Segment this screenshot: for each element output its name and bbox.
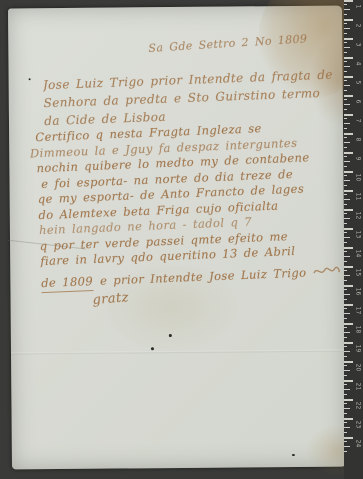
ruler-number: 2 <box>355 21 362 31</box>
ruler-tick-major <box>344 152 353 154</box>
archival-scan: 123456789101112131415161718192021222324 … <box>0 0 363 479</box>
ruler-tick-minor <box>344 384 347 385</box>
ruler-cm-segment: 5 <box>344 76 363 95</box>
ruler-tick-half <box>344 218 350 219</box>
ruler-number: 14 <box>355 249 362 259</box>
ruler-number: 23 <box>355 420 362 430</box>
ruler-tick-half <box>344 199 350 200</box>
ruler-tick-minor <box>344 375 347 376</box>
ruler-tick-minor <box>344 337 347 338</box>
ruler-tick-major <box>344 190 353 192</box>
ruler-number: 21 <box>355 382 362 392</box>
ruler-cm-segment: 2 <box>344 19 363 38</box>
ruler-tick-major <box>344 399 353 401</box>
ruler-tick-minor <box>344 356 347 357</box>
ruler-tick-minor <box>344 413 347 414</box>
ruler-cm-segment: 3 <box>344 38 363 57</box>
ruler-tick-half <box>344 294 350 295</box>
ruler-tick-minor <box>344 223 347 224</box>
ruler-tick-major <box>344 76 353 78</box>
ruler-tick-half <box>344 28 350 29</box>
signature-text: e prior Intendte Jose Luiz Trigo <box>100 265 307 289</box>
ruler-tick-minor <box>344 118 347 119</box>
ruler-tick-minor <box>344 166 347 167</box>
ruler-tick-minor <box>344 299 347 300</box>
ruler-tick-half <box>344 389 350 390</box>
ruler-cm-segment: 16 <box>344 285 363 304</box>
ruler-tick-half <box>344 275 350 276</box>
ruler-cm-segment: 6 <box>344 95 363 114</box>
ink-speck <box>151 347 154 350</box>
ruler-tick-half <box>344 351 350 352</box>
ruler-tick-major <box>344 95 353 97</box>
ruler-cm-segment: 4 <box>344 57 363 76</box>
ruler-tick-minor <box>344 261 347 262</box>
ruler-tick-half <box>344 370 350 371</box>
signature-flourish-icon <box>313 263 342 278</box>
ruler-tick-major <box>344 266 353 268</box>
ruler-cm-segment: 18 <box>344 323 363 342</box>
ruler-tick-minor <box>344 90 347 91</box>
ruler-tick-minor <box>344 327 347 328</box>
ruler-tick-major <box>344 247 353 249</box>
ruler-tick-minor <box>344 128 347 129</box>
ruler-number: 4 <box>355 59 362 69</box>
ruler-tick-major <box>344 133 353 135</box>
ruler-tick-minor <box>344 137 347 138</box>
ruler-ticks: 123456789101112131415161718192021222324 <box>344 0 363 456</box>
ruler-tick-minor <box>344 42 347 43</box>
ruler-tick-half <box>344 66 350 67</box>
ruler-cm-segment: 14 <box>344 247 363 266</box>
ruler-tick-major <box>344 285 353 287</box>
fold-crease <box>11 350 345 355</box>
ruler-tick-minor <box>344 422 347 423</box>
ruler-cm-segment: 12 <box>344 209 363 228</box>
ruler-tick-minor <box>344 232 347 233</box>
ruler-cm-segment: 8 <box>344 133 363 152</box>
ruler-tick-major <box>344 323 353 325</box>
ruler-tick-minor <box>344 213 347 214</box>
ruler-tick-half <box>344 237 350 238</box>
ruler-cm-segment: 21 <box>344 380 363 399</box>
ruler-cm-segment: 15 <box>344 266 363 285</box>
ruler-tick-minor <box>344 156 347 157</box>
measurement-ruler: 123456789101112131415161718192021222324 <box>344 0 363 479</box>
ruler-cm-segment: 11 <box>344 190 363 209</box>
ruler-tick-half <box>344 85 350 86</box>
ruler-tick-half <box>344 446 350 447</box>
ruler-number: 9 <box>355 154 362 164</box>
ruler-tick-half <box>344 332 350 333</box>
ruler-number: 24 <box>355 439 362 449</box>
ruler-tick-half <box>344 104 350 105</box>
ruler-tick-major <box>344 38 353 40</box>
ruler-cm-segment: 20 <box>344 361 363 380</box>
ruler-tick-minor <box>344 251 347 252</box>
signature-date: de 1809 <box>41 274 94 294</box>
ruler-tick-minor <box>344 394 347 395</box>
ruler-tick-minor <box>344 14 347 15</box>
ruler-tick-major <box>344 114 353 116</box>
ruler-tick-minor <box>344 432 347 433</box>
ruler-tick-minor <box>344 346 347 347</box>
ruler-tick-minor <box>344 441 347 442</box>
ruler-cm-segment: 1 <box>344 0 363 19</box>
body-lines: Certifico q nesta Fragta Ingleza seDimme… <box>35 118 342 270</box>
ruler-tick-half <box>344 427 350 428</box>
ruler-cm-segment: 17 <box>344 304 363 323</box>
ruler-tick-minor <box>344 23 347 24</box>
ruler-tick-minor <box>344 4 347 5</box>
ruler-tick-major <box>344 437 353 439</box>
ruler-tick-minor <box>344 109 347 110</box>
ruler-number: 5 <box>355 78 362 88</box>
ruler-number: 22 <box>355 401 362 411</box>
ruler-tick-minor <box>344 33 347 34</box>
ruler-tick-major <box>344 304 353 306</box>
ruler-tick-minor <box>344 289 347 290</box>
ruler-cm-segment: 24 <box>344 437 363 456</box>
ruler-tick-major <box>344 57 353 59</box>
ruler-cm-segment: 7 <box>344 114 363 133</box>
ruler-tick-minor <box>344 185 347 186</box>
ruler-tick-half <box>344 313 350 314</box>
ruler-tick-half <box>344 142 350 143</box>
ruler-tick-major <box>344 0 353 2</box>
ruler-tick-minor <box>344 280 347 281</box>
ruler-cm-segment: 22 <box>344 399 363 418</box>
ruler-cm-segment: 10 <box>344 171 363 190</box>
ruler-tick-minor <box>344 99 347 100</box>
ruler-cm-segment: 9 <box>344 152 363 171</box>
ruler-number: 17 <box>355 306 362 316</box>
ruler-number: 19 <box>355 344 362 354</box>
gratis-note: gratz <box>92 290 129 308</box>
ruler-tick-minor <box>344 61 347 62</box>
ruler-number: 11 <box>355 192 362 202</box>
ruler-tick-minor <box>344 403 347 404</box>
ruler-tick-half <box>344 180 350 181</box>
dateline: Sa Gde Settro 2 No 1809 <box>148 31 328 55</box>
ruler-tick-minor <box>344 147 347 148</box>
ruler-tick-minor <box>344 451 347 452</box>
ruler-tick-minor <box>344 242 347 243</box>
ruler-tick-major <box>344 171 353 173</box>
ruler-tick-half <box>344 47 350 48</box>
ruler-number: 6 <box>355 97 362 107</box>
ruler-tick-half <box>344 123 350 124</box>
ruler-number: 1 <box>355 2 362 12</box>
ruler-tick-major <box>344 361 353 363</box>
ruler-number: 7 <box>355 116 362 126</box>
ruler-tick-minor <box>344 175 347 176</box>
manuscript-page: Sa Gde Settro 2 No 1809 Jose Luiz Trigo … <box>8 6 346 470</box>
ruler-tick-half <box>344 161 350 162</box>
ruler-number: 13 <box>355 230 362 240</box>
ruler-number: 8 <box>355 135 362 145</box>
ruler-tick-minor <box>344 80 347 81</box>
ruler-tick-major <box>344 19 353 21</box>
ruler-tick-minor <box>344 204 347 205</box>
ruler-tick-minor <box>344 194 347 195</box>
ruler-tick-minor <box>344 270 347 271</box>
ruler-tick-major <box>344 228 353 230</box>
ruler-number: 15 <box>355 268 362 278</box>
ruler-number: 18 <box>355 325 362 335</box>
ruler-tick-half <box>344 408 350 409</box>
ink-speck <box>29 78 31 80</box>
ruler-tick-major <box>344 380 353 382</box>
ruler-number: 10 <box>355 173 362 183</box>
ruler-tick-half <box>344 256 350 257</box>
body-paragraph: Certifico q nesta Fragta Ingleza seDimme… <box>35 118 343 293</box>
ruler-cm-segment: 19 <box>344 342 363 361</box>
ruler-tick-minor <box>344 318 347 319</box>
ruler-tick-minor <box>344 308 347 309</box>
ruler-tick-half <box>344 9 350 10</box>
ruler-tick-major <box>344 342 353 344</box>
ink-speck <box>169 334 172 337</box>
ruler-tick-minor <box>344 71 347 72</box>
ruler-tick-minor <box>344 52 347 53</box>
ruler-cm-segment: 13 <box>344 228 363 247</box>
ruler-tick-minor <box>344 365 347 366</box>
ruler-number: 20 <box>355 363 362 373</box>
ruler-number: 12 <box>355 211 362 221</box>
ruler-number: 16 <box>355 287 362 297</box>
ink-speck <box>292 454 295 456</box>
ruler-tick-major <box>344 209 353 211</box>
ruler-number: 3 <box>355 40 362 50</box>
ruler-tick-major <box>344 418 353 420</box>
ruler-cm-segment: 23 <box>344 418 363 437</box>
